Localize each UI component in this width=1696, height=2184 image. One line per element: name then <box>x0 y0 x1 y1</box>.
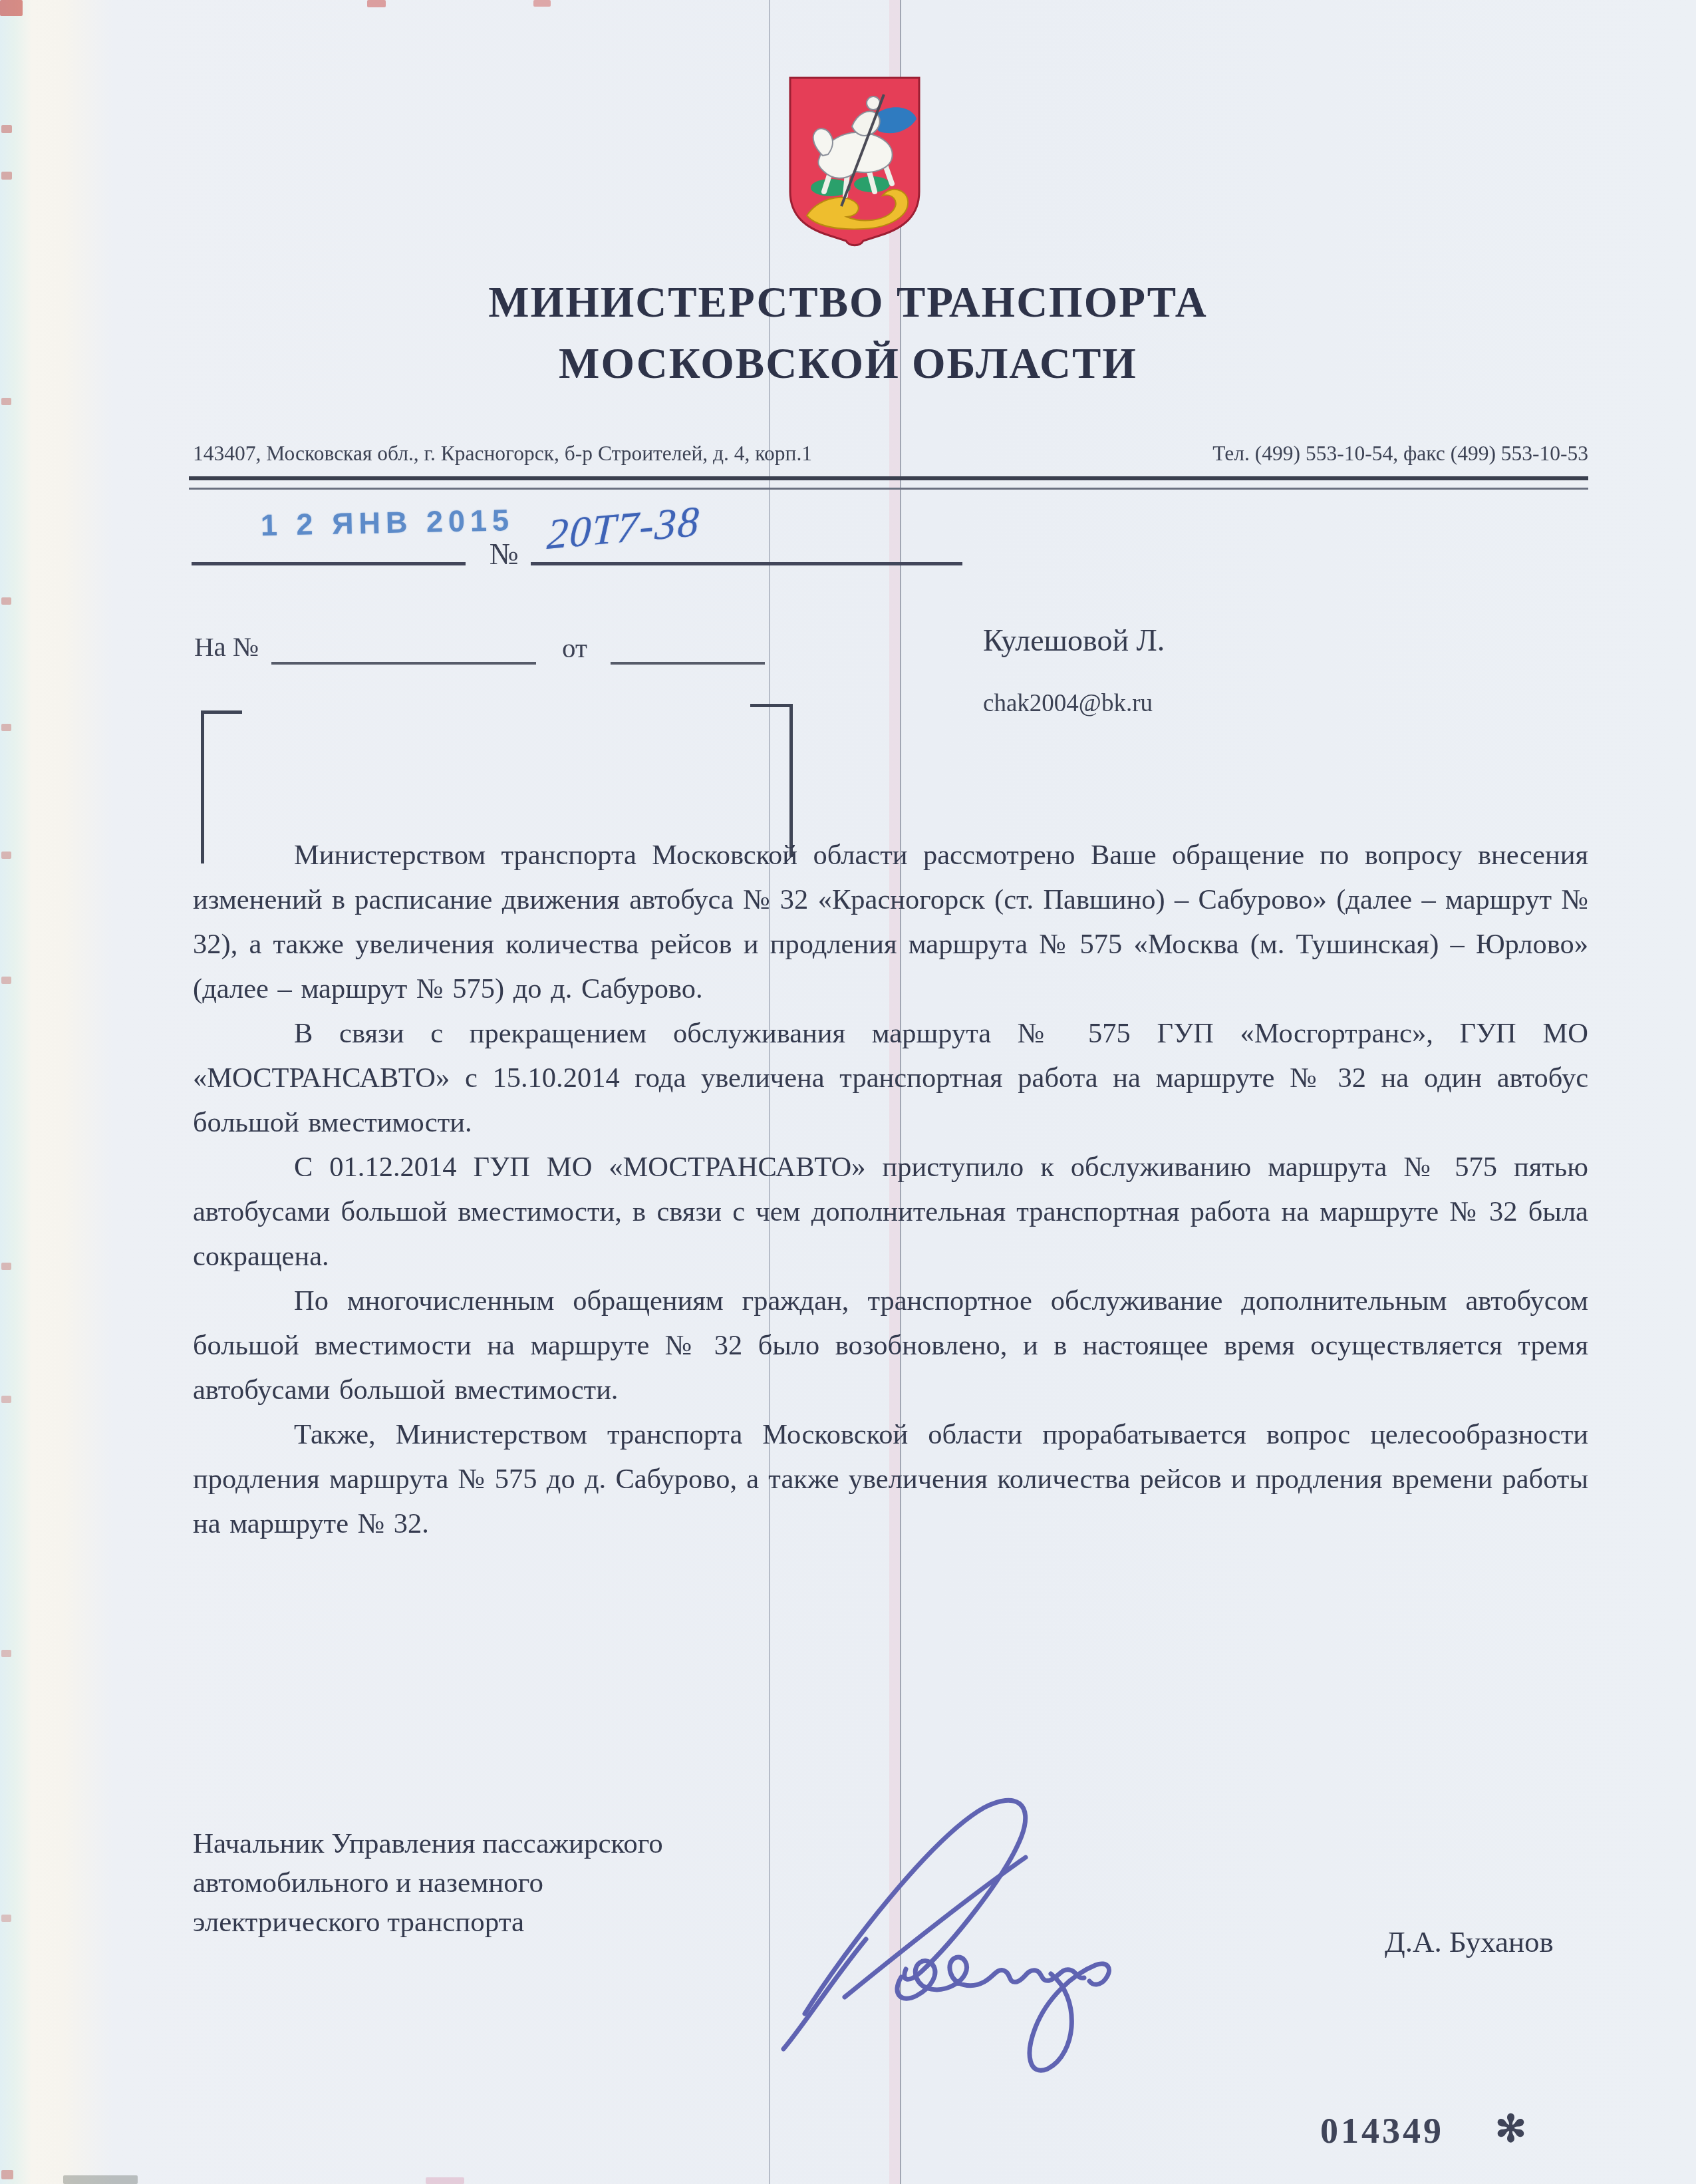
scan-artifact <box>1 724 11 731</box>
address-bracket-left <box>201 710 242 714</box>
registration-asterisk: ✻ <box>1495 2107 1526 2151</box>
scan-artifact <box>1 1915 11 1922</box>
recipient-email: chak2004@bk.ru <box>983 689 1153 718</box>
letter-body: Министерством транспорта Московской обла… <box>193 833 1588 1546</box>
letterhead-rule-thin <box>189 488 1588 490</box>
body-paragraph: Министерством транспорта Московской обла… <box>193 833 1588 1011</box>
scan-artifact <box>63 2175 138 2184</box>
signer-position-line: электрического транспорта <box>193 1903 663 1942</box>
scan-artifact <box>1 852 11 859</box>
body-paragraph: По многочисленным обращениям граждан, тр… <box>193 1279 1588 1412</box>
date-underline <box>192 562 466 565</box>
from-underline <box>611 662 765 665</box>
number-label: № <box>490 536 519 571</box>
on-number-underline <box>271 662 536 665</box>
number-underline <box>531 562 962 565</box>
letterhead-address: 143407, Московская обл., г. Красногорск,… <box>193 442 812 466</box>
scan-artifact <box>1 125 12 133</box>
registration-number: 014349 <box>1320 2110 1444 2151</box>
ministry-title-line1: МИНИСТЕРСТВО ТРАНСПОРТА <box>0 278 1696 328</box>
letterhead-contact-row: 143407, Московская обл., г. Красногорск,… <box>193 442 1588 466</box>
signer-position-line: Начальник Управления пассажирского <box>193 1824 663 1863</box>
ministry-title-line2: МОСКОВСКОЙ ОБЛАСТИ <box>0 339 1696 389</box>
scan-artifact <box>1 172 12 180</box>
date-stamp: 1 2 ЯНВ 2015 <box>260 503 514 543</box>
recipient-name: Кулешовой Л. <box>983 623 1165 658</box>
scan-artifact <box>1 977 11 984</box>
scan-artifact <box>426 2177 464 2184</box>
scan-artifact <box>1 398 11 405</box>
handwritten-number: 20Т7-38 <box>546 490 774 559</box>
scan-artifact <box>1 1263 11 1270</box>
signature-ink <box>805 1800 1026 2014</box>
signature-ink <box>783 1939 866 2049</box>
scan-artifact <box>0 0 23 16</box>
from-label: от <box>562 632 587 664</box>
letterhead-phone: Тел. (499) 553-10-54, факс (499) 553-10-… <box>1212 442 1588 466</box>
body-paragraph: Также, Министерством транспорта Московск… <box>193 1412 1588 1546</box>
on-number-label: На № <box>194 631 259 663</box>
handwritten-signature <box>765 1778 1244 2084</box>
scan-artifact <box>1 2170 13 2179</box>
scan-artifact <box>1 597 11 605</box>
body-paragraph: В связи с прекращением обслуживания марш… <box>193 1011 1588 1145</box>
moscow-oblast-coat-of-arms <box>784 75 925 249</box>
scan-artifact <box>367 0 386 7</box>
signer-name: Д.А. Буханов <box>1385 1925 1554 1959</box>
scan-artifact <box>533 0 551 7</box>
signer-position-line: автомобильного и наземного <box>193 1863 663 1903</box>
body-paragraph: С 01.12.2014 ГУП МО «МОСТРАНСАВТО» прист… <box>193 1145 1588 1279</box>
scan-artifact <box>1 1650 11 1657</box>
scan-artifact <box>1 1396 11 1403</box>
letterhead-rule-thick <box>189 476 1588 480</box>
signer-position: Начальник Управления пассажирского автом… <box>193 1824 663 1942</box>
scanned-letter-page: МИНИСТЕРСТВО ТРАНСПОРТА МОСКОВСКОЙ ОБЛАС… <box>0 0 1696 2184</box>
address-bracket-right <box>750 704 793 707</box>
